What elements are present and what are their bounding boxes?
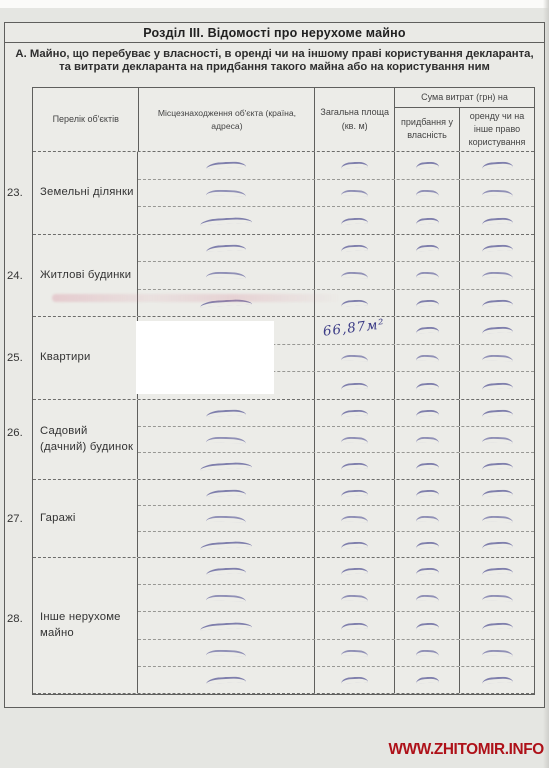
sub-row (138, 235, 534, 262)
handwritten-dash-mark (415, 463, 438, 470)
handwritten-dash-mark (415, 217, 438, 224)
handwritten-dash-mark (415, 245, 438, 252)
handwritten-dash-mark (481, 541, 512, 549)
handwritten-dash-mark (415, 515, 438, 522)
intro-line-1: А. Майно, що перебуває у власності, в ор… (5, 48, 544, 61)
handwritten-area-value: 66,87м² (322, 317, 386, 340)
sub-row (138, 558, 534, 585)
header-cost-rent: оренду чи на інше право користування (460, 108, 534, 151)
row-number: 25. (7, 352, 29, 364)
table-row: 27. Гаражі (33, 480, 534, 558)
row-number: 23. (7, 187, 29, 199)
row-label: Гаражі (40, 511, 76, 526)
redaction-box (136, 321, 274, 394)
handwritten-dash-mark (481, 244, 512, 252)
handwritten-dash-mark (206, 488, 246, 496)
handwritten-dash-mark (415, 436, 438, 443)
row-number: 24. (7, 270, 29, 282)
handwritten-dash-mark (341, 217, 368, 224)
handwritten-dash-mark (200, 462, 252, 471)
handwritten-dash-mark (481, 567, 512, 575)
sub-row (138, 180, 534, 208)
handwritten-dash-mark (341, 622, 368, 629)
row-label-cell: 28. Інше нерухоме майно (33, 558, 138, 693)
header-costs-group: Сума витрат (грн) на придбання у власніс… (395, 88, 534, 151)
handwritten-dash-mark (481, 327, 512, 335)
header-objects: Перелік об'єктів (33, 88, 139, 151)
sub-row (138, 612, 534, 639)
ink-smudge (52, 294, 382, 302)
sub-row (138, 152, 534, 180)
scan-white-margin (0, 0, 549, 8)
handwritten-dash-mark (206, 409, 246, 417)
handwritten-dash-mark (415, 595, 438, 602)
sub-row (138, 506, 534, 532)
handwritten-dash-mark (481, 489, 512, 497)
table-row: 23. Земельні ділянки (33, 152, 534, 235)
property-table: Перелік об'єктів Місцезнаходження об'єкт… (32, 87, 535, 695)
row-label-cell: 23. Земельні ділянки (33, 152, 138, 234)
handwritten-dash-mark (341, 382, 368, 389)
sub-row (138, 585, 534, 612)
handwritten-dash-mark (481, 409, 512, 417)
handwritten-dash-mark (415, 541, 438, 548)
handwritten-dash-mark (200, 540, 252, 549)
handwritten-dash-mark (341, 272, 368, 279)
header-costs-title: Сума витрат (грн) на (395, 88, 534, 108)
sub-row (138, 207, 534, 234)
handwritten-dash-mark (206, 272, 246, 279)
handwritten-dash-mark (341, 567, 368, 574)
row-label-cell: 25. Квартири (33, 317, 138, 399)
row-number: 27. (7, 513, 29, 525)
handwritten-dash-mark (481, 622, 512, 630)
sub-row (138, 427, 534, 454)
handwritten-dash-mark (481, 190, 512, 197)
handwritten-dash-mark (200, 621, 252, 630)
row-label: Квартири (40, 350, 90, 365)
section-title-bar: Розділ III. Відомості про нерухоме майно (5, 23, 544, 43)
declaration-form: Розділ III. Відомості про нерухоме майно… (4, 22, 545, 708)
handwritten-dash-mark (415, 649, 438, 656)
table-row: 25. Квартири 66,87м² (33, 317, 534, 400)
sub-row (138, 532, 534, 557)
handwritten-dash-mark (341, 190, 368, 197)
handwritten-dash-mark (206, 436, 246, 443)
handwritten-dash-mark (415, 299, 438, 306)
handwritten-dash-mark (481, 299, 512, 307)
handwritten-dash-mark (206, 567, 246, 575)
section-title: Розділ III. Відомості про нерухоме майно (143, 26, 405, 40)
handwritten-dash-mark (415, 162, 438, 169)
row-label: Інше нерухоме майно (40, 610, 137, 641)
section-a-intro: А. Майно, що перебуває у власності, в ор… (5, 48, 544, 74)
row-label-cell: 26. Садовий (дачний) будинок (33, 400, 138, 479)
handwritten-dash-mark (415, 272, 438, 279)
handwritten-dash-mark (415, 489, 438, 496)
handwritten-dash-mark (481, 595, 512, 602)
handwritten-dash-mark (341, 515, 368, 522)
table-row: 26. Садовий (дачний) будинок (33, 400, 534, 480)
header-location: Місцезнаходження об'єкта (країна, адреса… (139, 88, 315, 151)
sub-row (138, 262, 534, 289)
handwritten-dash-mark (481, 649, 512, 656)
handwritten-dash-mark (341, 436, 368, 443)
table-row: 24. Житлові будинки (33, 235, 534, 317)
header-area: Загальна площа (кв. м) (315, 88, 395, 151)
handwritten-dash-mark (415, 409, 438, 416)
row-label: Садовий (дачний) будинок (40, 424, 137, 455)
table-row: 28. Інше нерухоме майно (33, 558, 534, 694)
handwritten-dash-mark (481, 382, 512, 390)
handwritten-dash-mark (206, 244, 246, 252)
handwritten-dash-mark (341, 162, 368, 169)
handwritten-dash-mark (341, 649, 368, 656)
handwritten-dash-mark (481, 676, 512, 684)
handwritten-dash-mark (206, 189, 246, 196)
handwritten-dash-mark (341, 244, 368, 251)
sub-row (138, 640, 534, 667)
handwritten-dash-mark (206, 595, 246, 602)
handwritten-dash-mark (415, 676, 438, 683)
handwritten-dash-mark (341, 489, 368, 496)
handwritten-dash-mark (341, 409, 368, 416)
handwritten-dash-mark (415, 327, 438, 334)
handwritten-dash-mark (341, 595, 368, 602)
site-watermark: WWW.ZHITOMIR.INFO (389, 741, 544, 759)
sub-row (138, 667, 534, 693)
row-label: Житлові будинки (40, 268, 131, 283)
handwritten-dash-mark (341, 541, 368, 548)
row-label-cell: 24. Житлові будинки (33, 235, 138, 316)
row-label-cell: 27. Гаражі (33, 480, 138, 557)
sub-row (138, 480, 534, 506)
handwritten-dash-mark (481, 355, 512, 362)
handwritten-dash-mark (415, 355, 438, 362)
handwritten-dash-mark (200, 216, 252, 225)
row-label: Земельні ділянки (40, 185, 134, 200)
handwritten-dash-mark (481, 462, 512, 470)
table-header: Перелік об'єктів Місцезнаходження об'єкт… (33, 88, 534, 152)
handwritten-dash-mark (481, 515, 512, 522)
handwritten-dash-mark (481, 436, 512, 443)
handwritten-dash-mark (206, 649, 246, 656)
handwritten-dash-mark (341, 355, 368, 362)
handwritten-dash-mark (415, 622, 438, 629)
handwritten-dash-mark (341, 676, 368, 683)
handwritten-dash-mark (481, 162, 512, 170)
sub-row (138, 453, 534, 479)
handwritten-dash-mark (206, 161, 246, 169)
row-number: 26. (7, 427, 29, 439)
handwritten-dash-mark (415, 567, 438, 574)
header-cost-purchase: придбання у власність (395, 108, 460, 151)
handwritten-dash-mark (415, 382, 438, 389)
handwritten-dash-mark (481, 217, 512, 225)
handwritten-dash-mark (206, 676, 246, 684)
intro-line-2: та витрати декларанта на придбання таког… (5, 61, 544, 74)
row-number: 28. (7, 613, 29, 625)
handwritten-dash-mark (206, 515, 246, 522)
handwritten-dash-mark (481, 272, 512, 279)
handwritten-dash-mark (341, 462, 368, 469)
handwritten-dash-mark (415, 190, 438, 197)
sub-row (138, 400, 534, 427)
